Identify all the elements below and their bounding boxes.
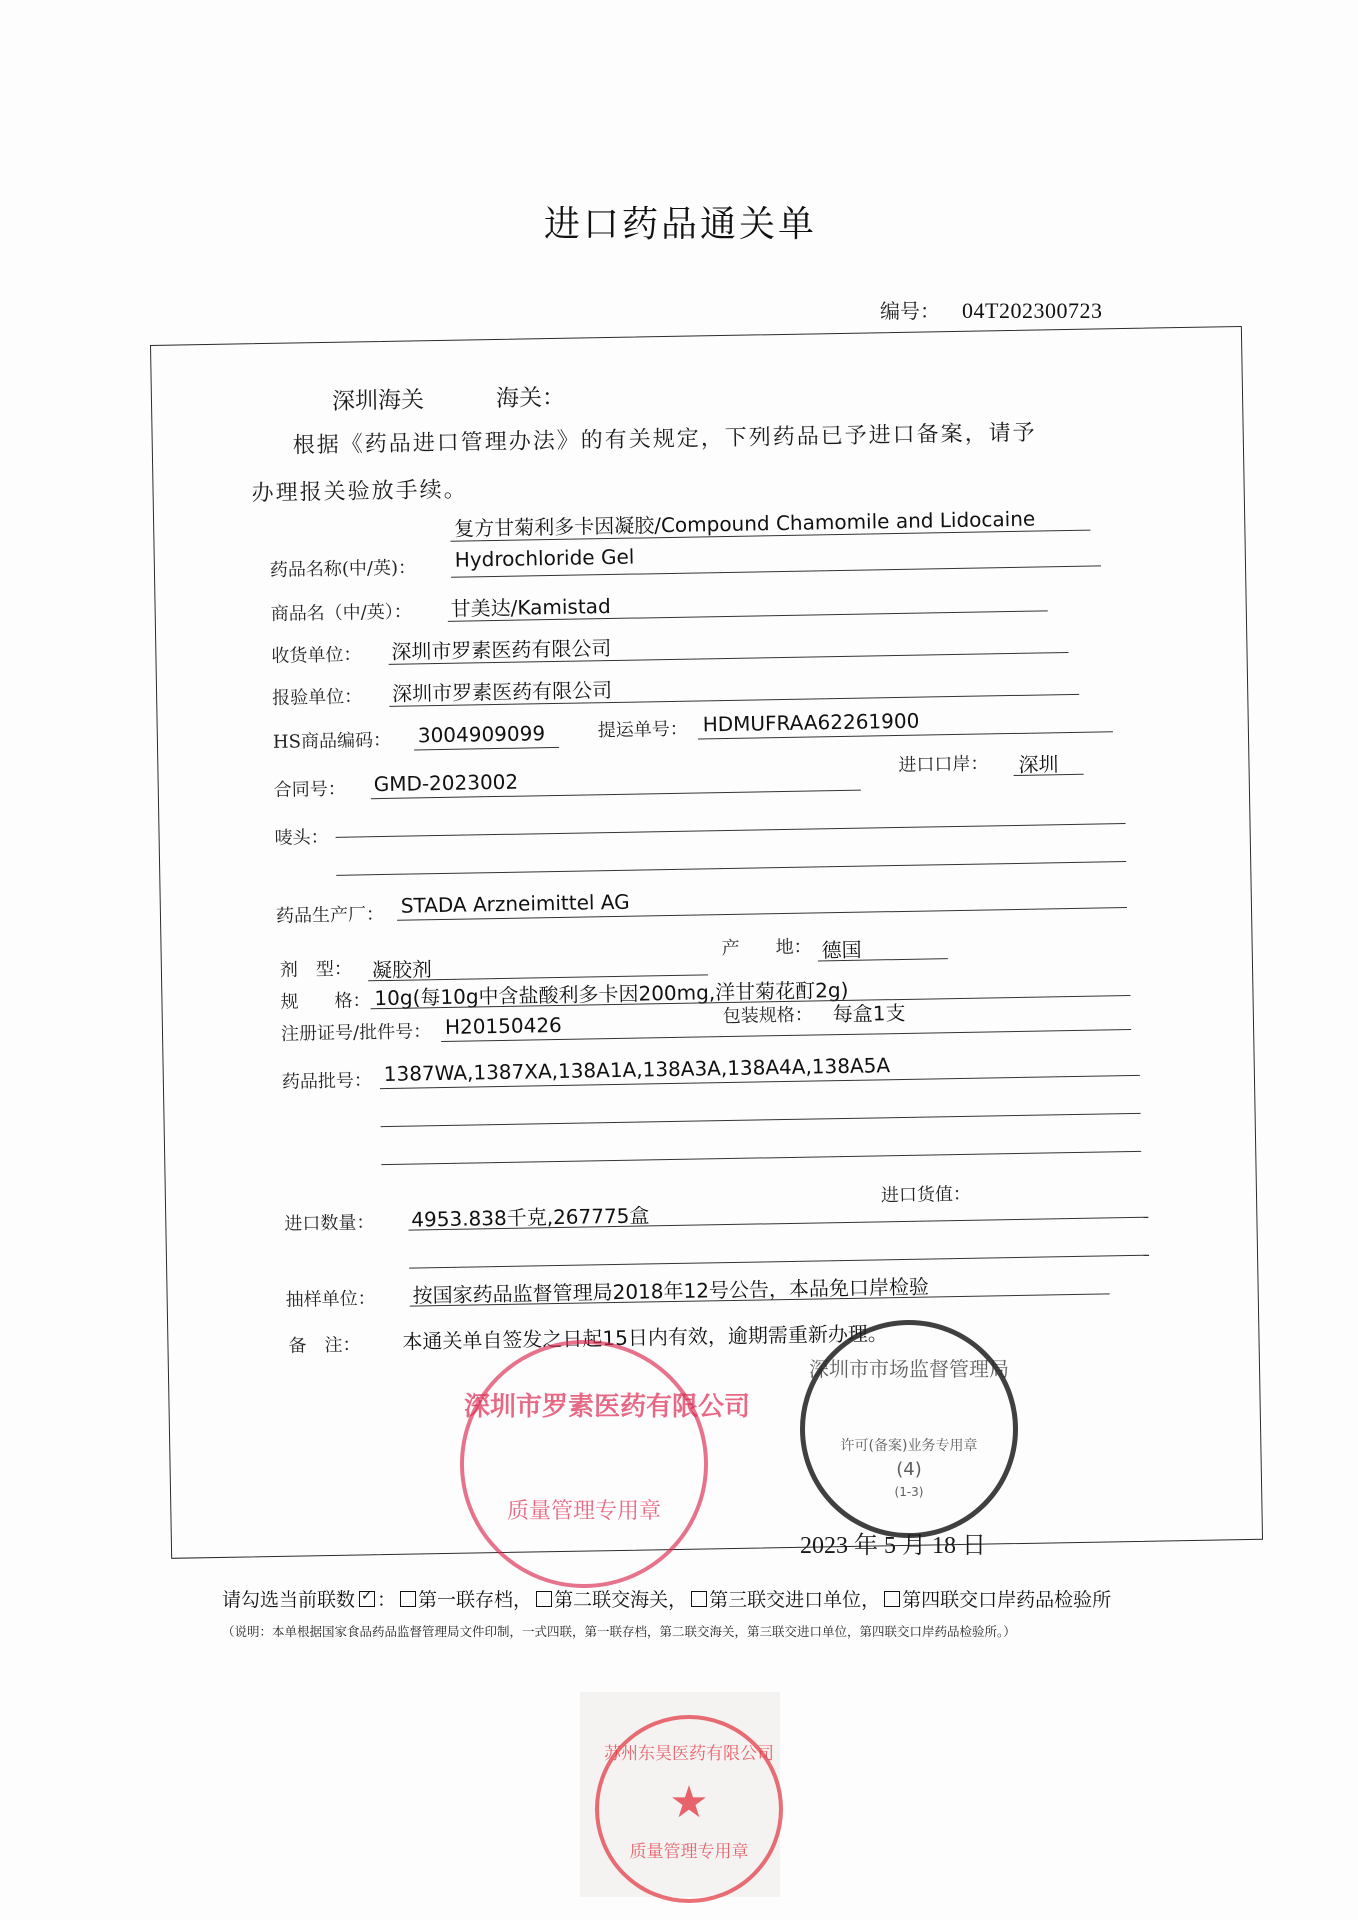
copy-1-checkbox[interactable] [400,1591,416,1607]
customs-name: 深圳海关 [332,387,424,415]
underline [336,861,1126,876]
copy-3-label: 第三联交进口单位 [709,1589,861,1611]
packaging-label: 包装规格： [723,1001,813,1029]
underline [381,1113,1141,1127]
bill-of-lading-value: HDMUFRAA62261900 [702,709,919,737]
company-quality-stamp: 深圳市罗素医药有限公司 质量管理专用章 [460,1340,708,1588]
inspection-applicant-label: 报验单位： [272,682,362,710]
underline [381,1151,1141,1165]
specification-label: 规 格： [280,986,370,1014]
authority-stamp: 深圳市市场监督管理局 许可(备案)业务专用章 (4) (1-3) [800,1320,1018,1538]
hs-code-label: HS商品编码： [273,726,391,754]
document-title: 进口药品通关单 [544,196,817,247]
import-value-label: 进口货值： [881,1180,971,1208]
footer-note: （说明：本单根据国家食品药品监督管理局文件印制，一式四联，第一联存档，第二联交海… [222,1622,1016,1640]
underline [414,747,559,751]
registration-no-label: 注册证号/批件号： [281,1017,432,1046]
sampling-unit-label: 抽样单位： [285,1284,375,1312]
authority-stamp-outer-text: 深圳市市场监督管理局 [805,1353,1013,1382]
bill-of-lading-label: 提运单号： [598,715,688,743]
sampling-unit-value: 按国家药品监督管理局2018年12号公告，本品免口岸检验 [412,1271,929,1309]
underline [336,823,1126,838]
copy-2-label: 第二联交海关 [554,1589,668,1611]
copy-3-checkbox[interactable] [691,1591,707,1607]
contract-no-label: 合同号： [274,775,346,802]
copy-2-checkbox[interactable] [536,1591,552,1607]
company-stamp-outer-text: 深圳市罗素医药有限公司 [464,1386,704,1423]
consignee-label: 收货单位： [271,640,361,668]
import-port-label: 进口口岸： [898,749,988,777]
serial-value: 04T202300723 [962,298,1102,323]
customs-suffix: 海关： [496,385,565,412]
copy-1-label: 第一联存档 [418,1589,513,1611]
dosage-form-label: 剂 型： [280,955,352,982]
packaging-value: 每盒1支 [833,997,906,1027]
remarks-label: 备 注： [288,1330,360,1357]
form-box: 深圳海关海关： 根据《药品进口管理办法》的有关规定，下列药品已予进口备案，请予 … [150,326,1263,1559]
remarks-value: 本通关单自签发之日起15日内有效，逾期需重新办理。 [402,1317,888,1354]
copy-4-label: 第四联交口岸药品检验所 [902,1589,1111,1611]
underline [409,1255,1149,1269]
intro-paragraph-line1: 根据《药品进口管理办法》的有关规定，下列药品已予进口备案，请予 [292,416,1036,460]
supplier-quality-stamp: 苏州东昊医药有限公司 ★ 质量管理专用章 [595,1715,783,1903]
company-stamp-inner-text: 质量管理专用章 [464,1494,704,1525]
import-quantity-label: 进口数量： [284,1208,374,1236]
copy-selection-prompt: 请勾选当前联数 [222,1589,355,1611]
copy-selection: 请勾选当前联数：第一联存档，第二联交海关，第三联交进口单位，第四联交口岸药品检验… [222,1585,1111,1612]
drug-name-value-line2: Hydrochloride Gel [455,545,635,572]
trade-name-value: 甘美达/Kamistad [450,590,610,622]
supplier-stamp-outer-text: 苏州东昊医药有限公司 [599,1739,779,1764]
intro-paragraph-line2: 办理报关验放手续。 [251,472,468,507]
authority-stamp-center-text: (4) [805,1459,1013,1480]
checked-box-icon [359,1591,375,1607]
drug-name-label: 药品名称(中/英)： [270,553,417,582]
manufacturer-label: 药品生产厂： [276,900,384,928]
serial-number: 编号：04T202300723 [880,295,1102,324]
batch-no-label: 药品批号： [282,1066,372,1094]
trade-name-label: 商品名（中/英）： [270,597,412,625]
shipping-mark-label: 唛头： [274,823,328,850]
contract-no-value: GMD-2023002 [373,770,518,797]
hs-code-value: 3004909099 [418,721,546,747]
serial-label: 编号： [880,299,940,323]
origin-label: 产 地： [721,933,811,961]
issue-date: 2023 年 5 月 18 日 [800,1525,986,1560]
customs-addressee: 深圳海关海关： [332,378,638,416]
star-icon: ★ [599,1777,779,1828]
registration-no-value: H20150426 [445,1013,562,1039]
authority-stamp-inner-text: 许可(备案)业务专用章 [805,1435,1013,1455]
supplier-stamp-inner-text: 质量管理专用章 [599,1837,779,1862]
manufacturer-value: STADA Arzneimittel AG [401,890,630,918]
authority-stamp-sub-text: (1-3) [805,1485,1013,1499]
copy-4-checkbox[interactable] [884,1591,900,1607]
